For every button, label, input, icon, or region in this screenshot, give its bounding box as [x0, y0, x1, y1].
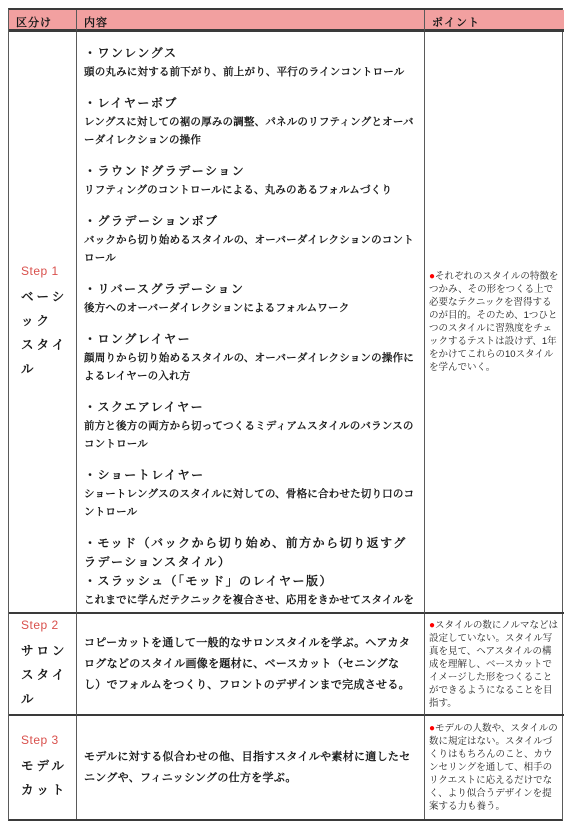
style-item: ・モッド（バックから切り始め、前方から切り返すグラデーションスタイル） [84, 534, 416, 572]
style-desc: レングスに対しての裾の厚みの調整、パネルのリフティングとオーバーダイレクションの… [84, 113, 416, 149]
style-desc: 前方と後方の両方から切ってつくるミディアムスタイルのバランスのコントロール [84, 417, 416, 453]
style-item: ・レイヤーボブ レングスに対しての裾の厚みの調整、パネルのリフティングとオーバー… [84, 94, 416, 149]
style-name: ・リバースグラデーション [84, 280, 416, 299]
style-desc: リフティングのコントロールによる、丸みのあるフォルムづくり [84, 181, 416, 199]
step1-category-line: ベーシック [21, 285, 76, 333]
step2-content-text: コピーカットを通して一般的なサロンスタイルを学ぶ。ヘアカタログなどのスタイル画像… [84, 633, 416, 696]
point-body: スタイルの数にノルマなどは設定していない。スタイル写真を見て、ヘアスタイルの構成… [429, 620, 558, 709]
header-point-label: ポイント [432, 17, 480, 29]
style-desc: 後方へのオーバーダイレクションによるフォルムワーク [84, 299, 416, 317]
style-name: ・ラウンドグラデーション [84, 162, 416, 181]
step3-point-text: ●モデルの人数や、スタイルの数に規定はない。スタイルづくりはもちろんのこと、カウ… [429, 722, 560, 813]
style-item: ・ワンレングス 頭の丸みに対する前下がり、前上がり、平行のラインコントロール [84, 44, 416, 81]
point-body: モデルの人数や、スタイルの数に規定はない。スタイルづくりはもちろんのこと、カウン… [429, 723, 558, 812]
style-desc: これまでに学んだテクニックを複合させ、応用をきかせてスタイルをつくり上げる [84, 591, 416, 614]
style-item: ・スクエアレイヤー 前方と後方の両方から切ってつくるミディアムスタイルのバランス… [84, 398, 416, 453]
style-item: ・リバースグラデーション 後方へのオーバーダイレクションによるフォルムワーク [84, 280, 416, 317]
step3-category-cell: Step 3 モデル カット [9, 716, 77, 819]
style-desc: 頭の丸みに対する前下がり、前上がり、平行のラインコントロール [84, 63, 416, 81]
step3-content-text: モデルに対する似合わせの他、目指すスタイルや素材に適したセニングや、フィニッシン… [84, 747, 416, 789]
step1-point-text: ●それぞれのスタイルの特徴をつかみ、その形をつくる上で必要なテクニックを習得する… [429, 270, 560, 374]
step3-label: Step 3 [21, 733, 76, 747]
curriculum-table: 区分け 内容 ポイント Step 1 ベーシック スタイル ・ワンレングス 頭の… [8, 8, 563, 821]
header-category-label: 区分け [16, 17, 52, 29]
step2-point-text: ●スタイルの数にノルマなどは設定していない。スタイル写真を見て、ヘアスタイルの構… [429, 619, 560, 710]
header-cell-category: 区分け [9, 10, 77, 32]
step1-label: Step 1 [21, 264, 76, 278]
step1-content-cell: ・ワンレングス 頭の丸みに対する前下がり、前上がり、平行のラインコントロール ・… [77, 32, 425, 614]
point-body: それぞれのスタイルの特徴をつかみ、その形をつくる上で必要なテクニックを習得するの… [429, 271, 558, 373]
style-name: ・モッド（バックから切り始め、前方から切り返すグラデーションスタイル） [84, 534, 416, 572]
step3-category-line: モデル [21, 754, 76, 778]
style-name: ・グラデーションボブ [84, 212, 416, 231]
style-desc: ショートレングスのスタイルに対しての、骨格に合わせた切り口のコントロール [84, 485, 416, 521]
step2-category-cell: Step 2 サロン スタイル [9, 614, 77, 716]
step2-label: Step 2 [21, 618, 76, 632]
style-name: ・ワンレングス [84, 44, 416, 63]
style-item: ・ロングレイヤー 顔周りから切り始めるスタイルの、オーバーダイレクションの操作に… [84, 330, 416, 385]
step1-category-cell: Step 1 ベーシック スタイル [9, 32, 77, 614]
header-cell-content: 内容 [77, 10, 425, 32]
style-item: ・ラウンドグラデーション リフティングのコントロールによる、丸みのあるフォルムづ… [84, 162, 416, 199]
step3-content-cell: モデルに対する似合わせの他、目指すスタイルや素材に適したセニングや、フィニッシン… [77, 716, 425, 819]
style-desc: バックから切り始めるスタイルの、オーバーダイレクションのコントロール [84, 231, 416, 267]
style-name: ・レイヤーボブ [84, 94, 416, 113]
step3-point-cell: ●モデルの人数や、スタイルの数に規定はない。スタイルづくりはもちろんのこと、カウ… [425, 716, 564, 819]
style-item: ・グラデーションボブ バックから切り始めるスタイルの、オーバーダイレクションのコ… [84, 212, 416, 267]
step2-point-cell: ●スタイルの数にノルマなどは設定していない。スタイル写真を見て、ヘアスタイルの構… [425, 614, 564, 716]
header-cell-point: ポイント [425, 10, 564, 32]
step1-category-line: スタイル [21, 333, 76, 381]
header-content-label: 内容 [84, 17, 108, 29]
style-name: ・ロングレイヤー [84, 330, 416, 349]
style-name: ・スラッシュ（「モッド」のレイヤー版） [84, 572, 416, 591]
style-name: ・スクエアレイヤー [84, 398, 416, 417]
style-item: ・スラッシュ（「モッド」のレイヤー版） これまでに学んだテクニックを複合させ、応… [84, 572, 416, 614]
step2-category-line: スタイル [21, 663, 76, 711]
step1-point-cell: ●それぞれのスタイルの特徴をつかみ、その形をつくる上で必要なテクニックを習得する… [425, 32, 564, 614]
step2-content-cell: コピーカットを通して一般的なサロンスタイルを学ぶ。ヘアカタログなどのスタイル画像… [77, 614, 425, 716]
style-name: ・ショートレイヤー [84, 466, 416, 485]
style-desc: 顔周りから切り始めるスタイルの、オーバーダイレクションの操作によるレイヤーの入れ… [84, 349, 416, 385]
style-item: ・ショートレイヤー ショートレングスのスタイルに対しての、骨格に合わせた切り口の… [84, 466, 416, 521]
step3-category-line: カット [21, 778, 76, 802]
step2-category-line: サロン [21, 639, 76, 663]
